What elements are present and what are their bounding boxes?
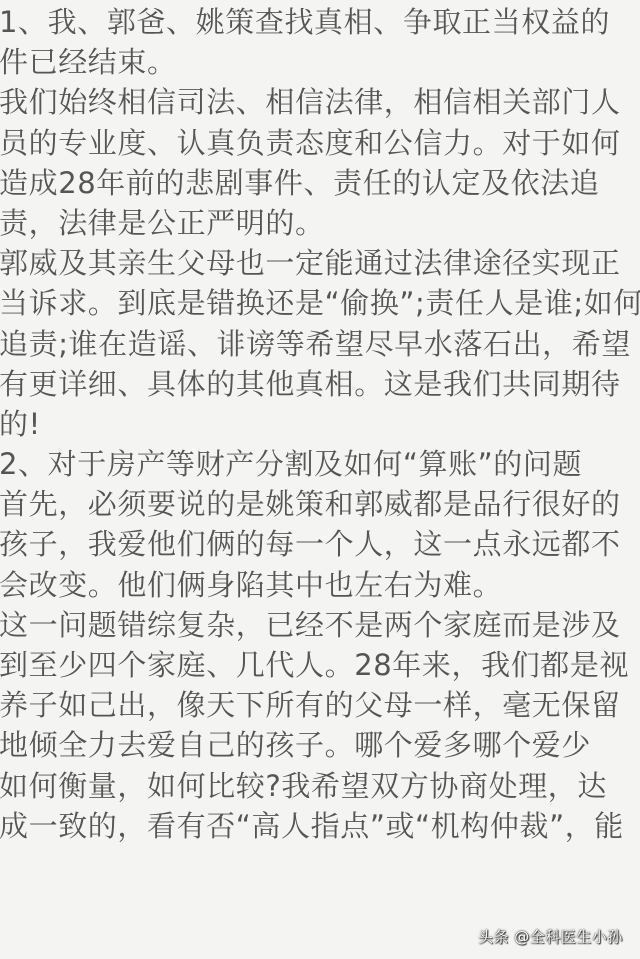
text-line: 当诉求。到底是错换还是“偷换”;责任人是谁;如何 <box>0 283 640 323</box>
text-line: 的! <box>0 404 640 444</box>
text-line: 地倾全力去爱自己的孩子。哪个爱多哪个爱少 <box>0 725 640 765</box>
text-line: 郭威及其亲生父母也一定能通过法律途径实现正 <box>0 243 640 283</box>
text-line: 我们始终相信司法、相信法律，相信相关部门人 <box>0 82 640 122</box>
text-line: 到至少四个家庭、几代人。28年来，我们都是视 <box>0 645 640 685</box>
statement-text-block: 1、我、郭爸、姚策查找真相、争取正当权益的 件已经结束。 我们始终相信司法、相信… <box>0 2 640 846</box>
section-heading-line: 2、对于房产等财产分割及如何“算账”的问题 <box>0 444 640 484</box>
text-line: 员的专业度、认真负责态度和公信力。对于如何 <box>0 123 640 163</box>
text-line: 首先，必须要说的是姚策和郭威都是品行很好的 <box>0 484 640 524</box>
text-line: 孩子，我爱他们俩的每一个人，这一点永远都不 <box>0 524 640 564</box>
text-line: 会改变。他们俩身陷其中也左右为难。 <box>0 565 640 605</box>
text-line: 责，法律是公正严明的。 <box>0 203 640 243</box>
text-line: 1、我、郭爸、姚策查找真相、争取正当权益的 <box>0 2 640 42</box>
text-line: 造成28年前的悲剧事件、责任的认定及依法追 <box>0 163 640 203</box>
document-page: 1、我、郭爸、姚策查找真相、争取正当权益的 件已经结束。 我们始终相信司法、相信… <box>0 0 640 959</box>
text-line: 这一问题错综复杂，已经不是两个家庭而是涉及 <box>0 605 640 645</box>
text-line: 追责;谁在造谣、诽谤等希望尽早水落石出，希望 <box>0 324 640 364</box>
text-line: 有更详细、具体的其他真相。这是我们共同期待 <box>0 364 640 404</box>
text-line: 如何衡量，如何比较?我希望双方协商处理，达 <box>0 766 640 806</box>
text-line: 成一致的，看有否“高人指点”或“机构仲裁”，能 <box>0 806 640 846</box>
text-line: 养子如己出，像天下所有的父母一样，毫无保留 <box>0 685 640 725</box>
text-line: 件已经结束。 <box>0 42 640 82</box>
watermark-label: 头条 @全科医生小孙 <box>478 926 623 947</box>
